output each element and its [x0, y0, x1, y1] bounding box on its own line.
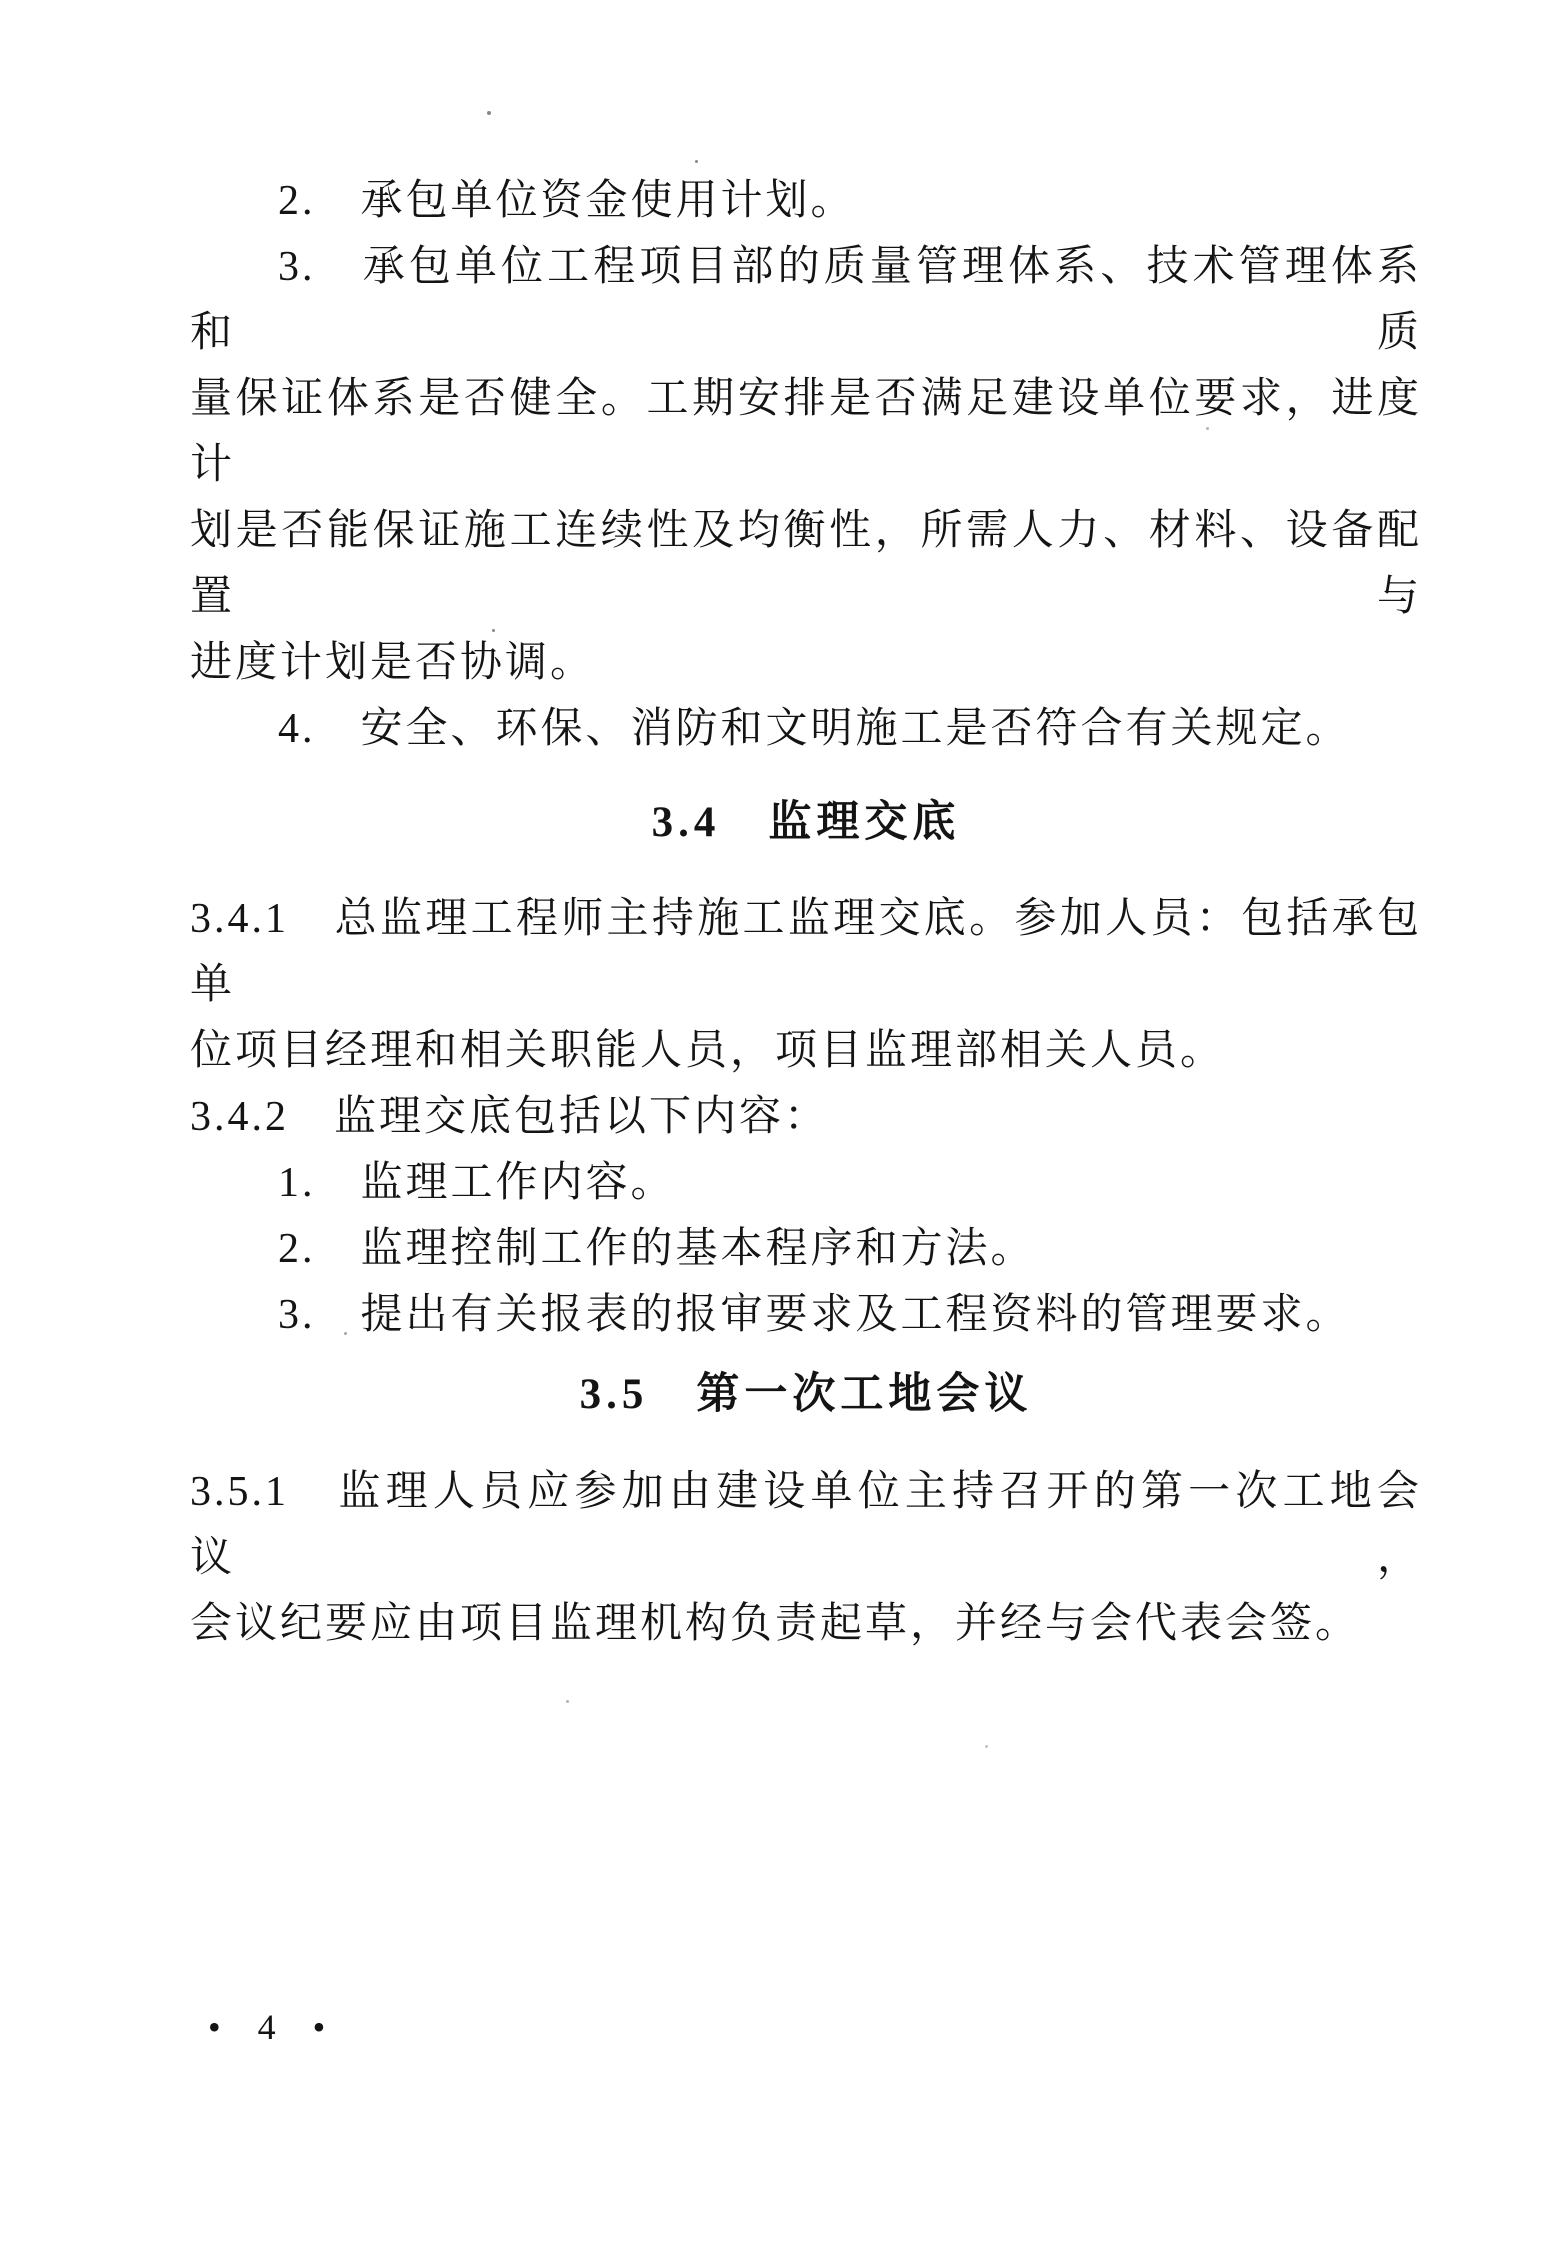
clause-line: 位项目经理和相关职能人员，项目监理部相关人员。: [190, 1018, 1422, 1084]
list-item: 2. 监理控制工作的基本程序和方法。: [190, 1216, 1422, 1282]
list-item: 3. 提出有关报表的报审要求及工程资料的管理要求。: [190, 1282, 1422, 1348]
scan-speck: [492, 629, 495, 632]
list-item: 3. 承包单位工程项目部的质量管理体系、技术管理体系和质: [190, 234, 1422, 366]
paragraph-line: 量保证体系是否健全。工期安排是否满足建设单位要求，进度计: [190, 366, 1422, 498]
document-page: 2. 承包单位资金使用计划。 3. 承包单位工程项目部的质量管理体系、技术管理体…: [0, 0, 1556, 2244]
paragraph-line: 进度计划是否协调。: [190, 630, 1422, 696]
scan-speck: [566, 1700, 569, 1703]
scan-speck: [695, 160, 698, 163]
clause-line: 3.4.1 总监理工程师主持施工监理交底。参加人员：包括承包单: [190, 886, 1422, 1018]
scan-speck: [344, 1332, 347, 1335]
scan-speck: [487, 111, 491, 115]
paragraph-line: 划是否能保证施工连续性及均衡性，所需人力、材料、设备配置与: [190, 498, 1422, 630]
list-item: 2. 承包单位资金使用计划。: [190, 168, 1422, 234]
scan-speck: [985, 1745, 988, 1748]
section-heading-3-5: 3.5 第一次工地会议: [190, 1362, 1422, 1428]
clause-line: 会议纪要应由项目监理机构负责起草，并经与会代表会签。: [190, 1591, 1422, 1657]
clause-line: 3.4.2 监理交底包括以下内容：: [190, 1084, 1422, 1150]
scan-speck: [1206, 427, 1209, 430]
list-item: 1. 监理工作内容。: [190, 1150, 1422, 1216]
clause-line: 3.5.1 监理人员应参加由建设单位主持召开的第一次工地会议，: [190, 1459, 1422, 1591]
list-item: 4. 安全、环保、消防和文明施工是否符合有关规定。: [190, 696, 1422, 762]
page-content: 2. 承包单位资金使用计划。 3. 承包单位工程项目部的质量管理体系、技术管理体…: [190, 168, 1422, 1657]
section-heading-3-4: 3.4 监理交底: [190, 790, 1422, 856]
page-number: • 4 •: [208, 2002, 335, 2052]
